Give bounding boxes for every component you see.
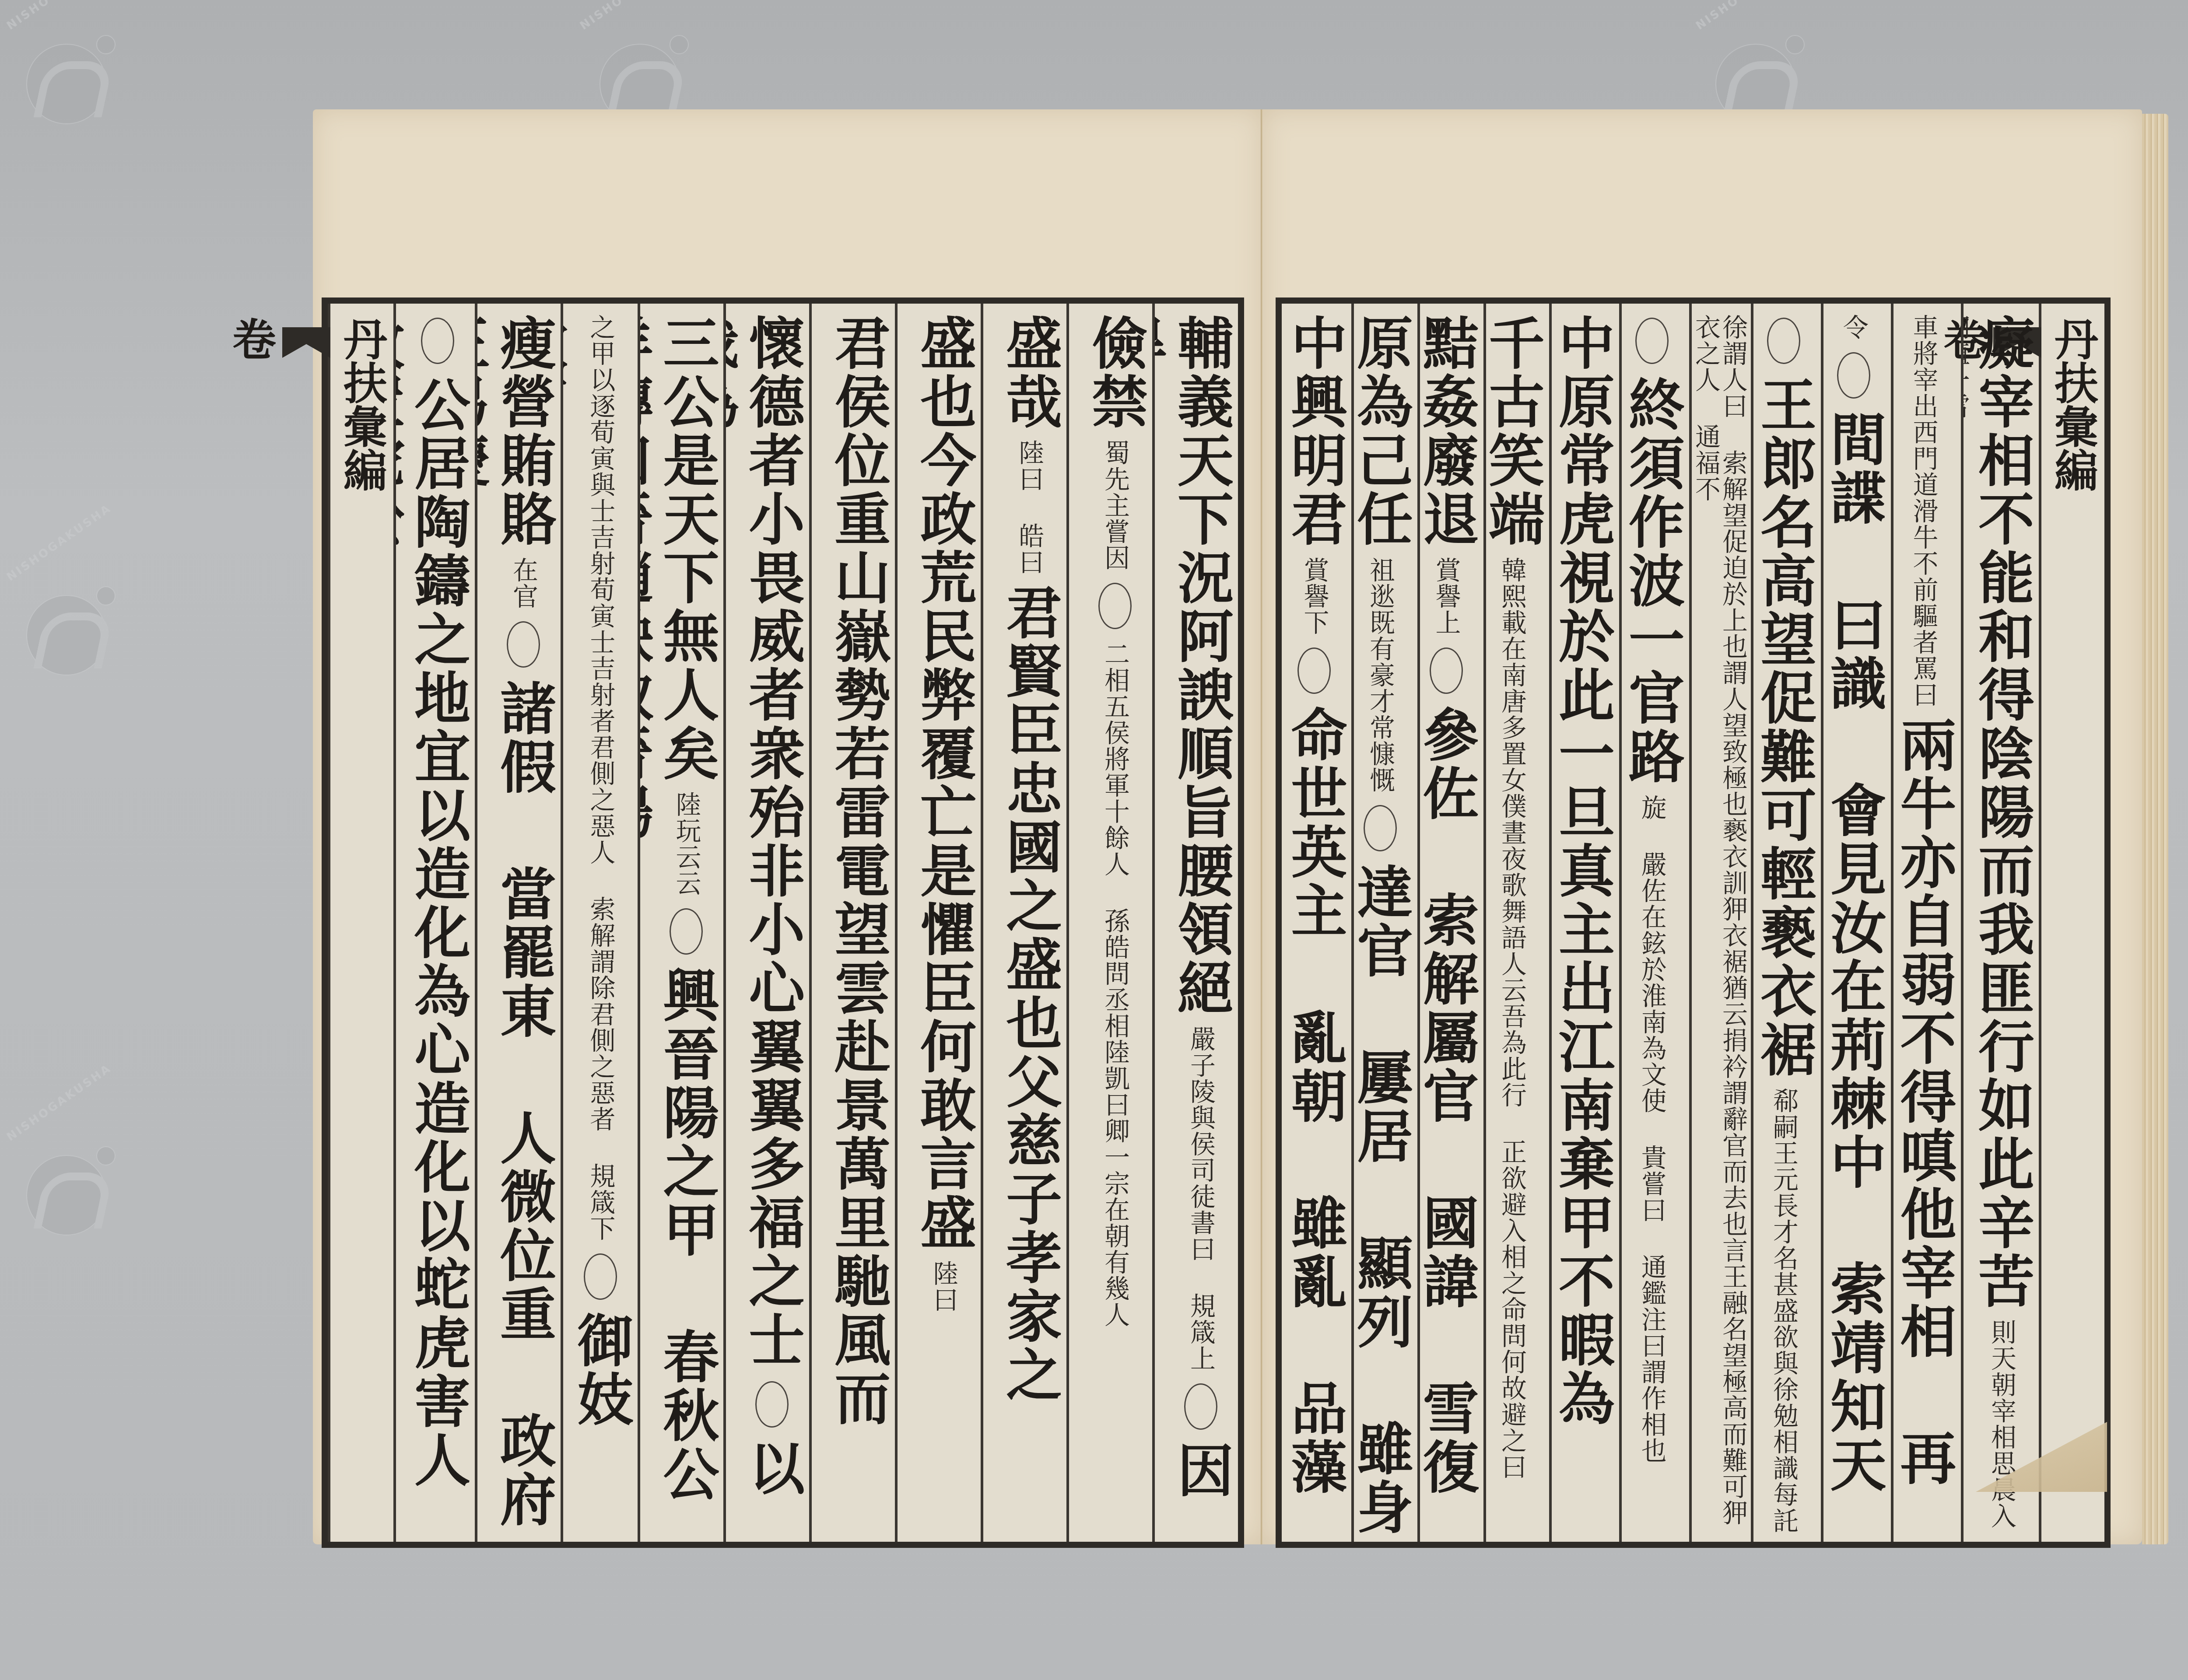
circle-marker: [1297, 647, 1331, 694]
annotation: 蜀先主嘗因: [1100, 440, 1130, 571]
circle-marker: [1767, 318, 1800, 364]
block-margin-label: 丹扶彙編 卷: [328, 304, 393, 1542]
annotation: 二相五侯將軍十餘人 孫皓問丞相陸凱曰卿一宗在朝有幾人: [1100, 641, 1130, 1328]
circle-marker: [584, 1253, 617, 1300]
main-text: 盛也今政荒民弊覆亡是懼臣何敢言盛: [911, 314, 976, 1252]
circle-marker: [1837, 352, 1870, 399]
text-column: 令 間諜 曰識 會見汝在荊棘中 索靖知天下將亂指洛陽宮門銅駝嘆曰: [1821, 304, 1891, 1542]
main-text: 懷德者小畏威者衆殆非小心翼翼多福之士: [739, 314, 805, 1369]
annotation: 令: [1839, 314, 1869, 340]
text-column: 公居陶鑄之地宜以造化為心造化以蛇虎害人故置蛇於: [393, 304, 475, 1542]
annotation: 之甲以逐荀寅與士吉射荀寅士吉射者君側之惡人 索解謂除君側之惡者 規箴下: [586, 314, 615, 1242]
annotation: 賞譽上: [1431, 557, 1461, 636]
annotation: 祖逖既有豪才常慷慨: [1365, 557, 1395, 793]
main-text: 癡宰相不能和得陰陽而我匪行如此辛苦: [1969, 314, 2034, 1311]
annotation: 陸曰: [929, 1260, 958, 1313]
text-column: 三公是天下無人矣 陸玩云云 興晉陽之甲 春秋公羊傳曰晉趙鞅取晉陽: [638, 304, 723, 1542]
main-text: 君侯位重山嶽勢若雷電望雲赴景萬里馳風而: [825, 314, 891, 1428]
main-text: 中原常虎視於此一旦真主出江南棄甲不暇為: [1549, 314, 1615, 1428]
text-column: 車將宰出西門道滑牛不前驅者罵曰 兩牛亦自弱不得嗔他宰相 再思謝之: [1891, 304, 1961, 1542]
circle-marker: [1364, 805, 1397, 851]
text-column: 儉禁 蜀先主嘗因 二相五侯將軍十餘人 孫皓問丞相陸凱曰卿一宗在朝有幾人: [1066, 304, 1152, 1542]
main-text: 王郎名高望促難可輕褻衣裾: [1751, 376, 1816, 1079]
annotation: 陸曰 皓曰: [1014, 440, 1044, 575]
main-text: 終須作波一官路: [1619, 376, 1685, 786]
text-column: 千古笑端 韓熙載在南唐多置女僕晝夜歌舞語人云吾為此行 正欲避入相之命問何故避之曰: [1483, 304, 1550, 1542]
main-text: 儉禁: [1082, 314, 1148, 431]
text-column: 之甲以逐荀寅與士吉射荀寅士吉射者君側之惡人 索解謂除君側之惡者 規箴下 御妓 吹…: [561, 304, 638, 1542]
text-column: 盛也今政荒民弊覆亡是懼臣何敢言盛 陸曰: [895, 304, 981, 1542]
right-page-frame: 丹扶彙編 卷 癡宰相不能和得陰陽而我匪行如此辛苦 則天朝宰相思晨入朝值一雪 車將…: [1276, 297, 2111, 1548]
text-column: 終須作波一官路 旋 嚴佐在鉉於淮南為文使 貴嘗曰 通鑑注曰謂作相也: [1619, 304, 1689, 1542]
annotation: 嚴子陵與侯司徒書曰 規箴上: [1186, 1026, 1216, 1372]
circle-marker: [1098, 583, 1132, 629]
annotation: 韓熙載在南唐多置女僕晝夜歌舞語人云吾為此行 正欲避入相之命問何故避之曰: [1497, 557, 1527, 1480]
main-text: 千古笑端: [1483, 314, 1545, 549]
text-column: 黠姦廢退 賞譽上 參佐 索解屬官 國諱 雪復神州 以中: [1417, 304, 1483, 1542]
main-text: 間諜 曰識 會見汝在荊棘中 索靖知天下將亂指洛陽宮門銅駝嘆曰: [1821, 314, 1886, 1494]
page-edges: [2142, 114, 2168, 1544]
text-column: 中原常虎視於此一旦真主出江南棄甲不暇為: [1549, 304, 1619, 1542]
block-margin-label: 丹扶彙編 卷: [2039, 304, 2104, 1542]
annotation: 車將宰出西門道滑牛不前驅者罵曰: [1909, 314, 1939, 708]
book-title-label: 丹扶彙編: [336, 317, 388, 492]
circle-marker: [670, 908, 703, 955]
text-column: 原為己任 祖逖既有豪才常慷慨 達官 屢居 顯列 雖身居: [1351, 304, 1417, 1542]
text-column: 中興明君 賞譽下 命世英主 亂朝 雖亂 品藻下 屈臨小縣: [1282, 304, 1351, 1542]
book-title-label: 丹扶彙編: [2047, 317, 2099, 492]
open-book: 輔義天下況阿諛順旨腰領絕 嚴子陵與侯司徒書曰 規箴上 因旱 儉禁 蜀先主嘗因 二…: [313, 109, 2168, 1544]
annotation: 賞譽下: [1299, 557, 1329, 636]
circle-marker: [507, 621, 540, 668]
circle-marker: [1430, 647, 1463, 694]
annotation: 陸玩云云: [671, 791, 701, 896]
text-column: 瘦營賄賂 在官 諸假 當罷東 人微位重 政府 王易慶: [475, 304, 561, 1542]
main-text: 盛哉: [996, 314, 1062, 431]
main-text: 三公是天下無人矣: [653, 314, 719, 783]
main-text: 輔義天下況阿諛順旨腰領絕: [1168, 314, 1234, 1018]
text-column: 君侯位重山嶽勢若雷電望雲赴景萬里馳風而: [809, 304, 895, 1542]
left-page-frame: 輔義天下況阿諛順旨腰領絕 嚴子陵與侯司徒書曰 規箴上 因旱 儉禁 蜀先主嘗因 二…: [322, 297, 1244, 1548]
main-text: 君賢臣忠國之盛也父慈子孝家之: [996, 584, 1062, 1404]
text-column: 王郎名高望促難可輕褻衣裾 郗嗣王元長才名甚盛欲與徐勉相識每託人召之: [1751, 304, 1821, 1542]
volume-label: 卷: [225, 317, 277, 360]
annotation: 在官: [508, 557, 538, 609]
right-page: 丹扶彙編 卷 癡宰相不能和得陰陽而我匪行如此辛苦 則天朝宰相思晨入朝值一雪 車將…: [1262, 109, 2142, 1544]
circle-marker: [1184, 1383, 1217, 1430]
main-text: 中興明君: [1282, 314, 1347, 549]
main-text: 瘦營賄賂: [491, 314, 556, 549]
annotation: 旋 嚴佐在鉉於淮南為文使 貴嘗曰 通鑑注曰謂作相也: [1637, 794, 1667, 1464]
text-column: 盛哉 陸曰 皓曰 君賢臣忠國之盛也父慈子孝家之: [981, 304, 1066, 1542]
text-column: 徐謂人曰 索解望促迫於上也謂人望致極也褻衣訓狎衣裾猶云捐衿謂辭官而去也言王融名望…: [1689, 304, 1751, 1542]
left-page: 輔義天下況阿諛順旨腰領絕 嚴子陵與侯司徒書曰 規箴上 因旱 儉禁 蜀先主嘗因 二…: [313, 109, 1262, 1544]
main-text: 黠姦廢退: [1417, 314, 1479, 549]
text-column: 輔義天下況阿諛順旨腰領絕 嚴子陵與侯司徒書曰 規箴上 因旱: [1152, 304, 1238, 1542]
circle-marker: [1635, 318, 1669, 364]
text-column: 癡宰相不能和得陰陽而我匪行如此辛苦 則天朝宰相思晨入朝值一雪: [1961, 304, 2039, 1542]
annotation: 徐謂人曰 索解望促迫於上也謂人望致極也褻衣訓狎衣裾猶云捐衿謂辭官而去也言王融名望…: [1691, 314, 1748, 1526]
circle-marker: [755, 1381, 789, 1428]
circle-marker: [421, 318, 454, 364]
text-column: 懷德者小畏威者衆殆非小心翼翼多福之士 以我為: [723, 304, 809, 1542]
main-text: 原為己任: [1351, 314, 1413, 549]
main-text: 公居陶鑄之地宜以造化為心造化以蛇虎害人故置蛇於: [393, 314, 470, 1490]
